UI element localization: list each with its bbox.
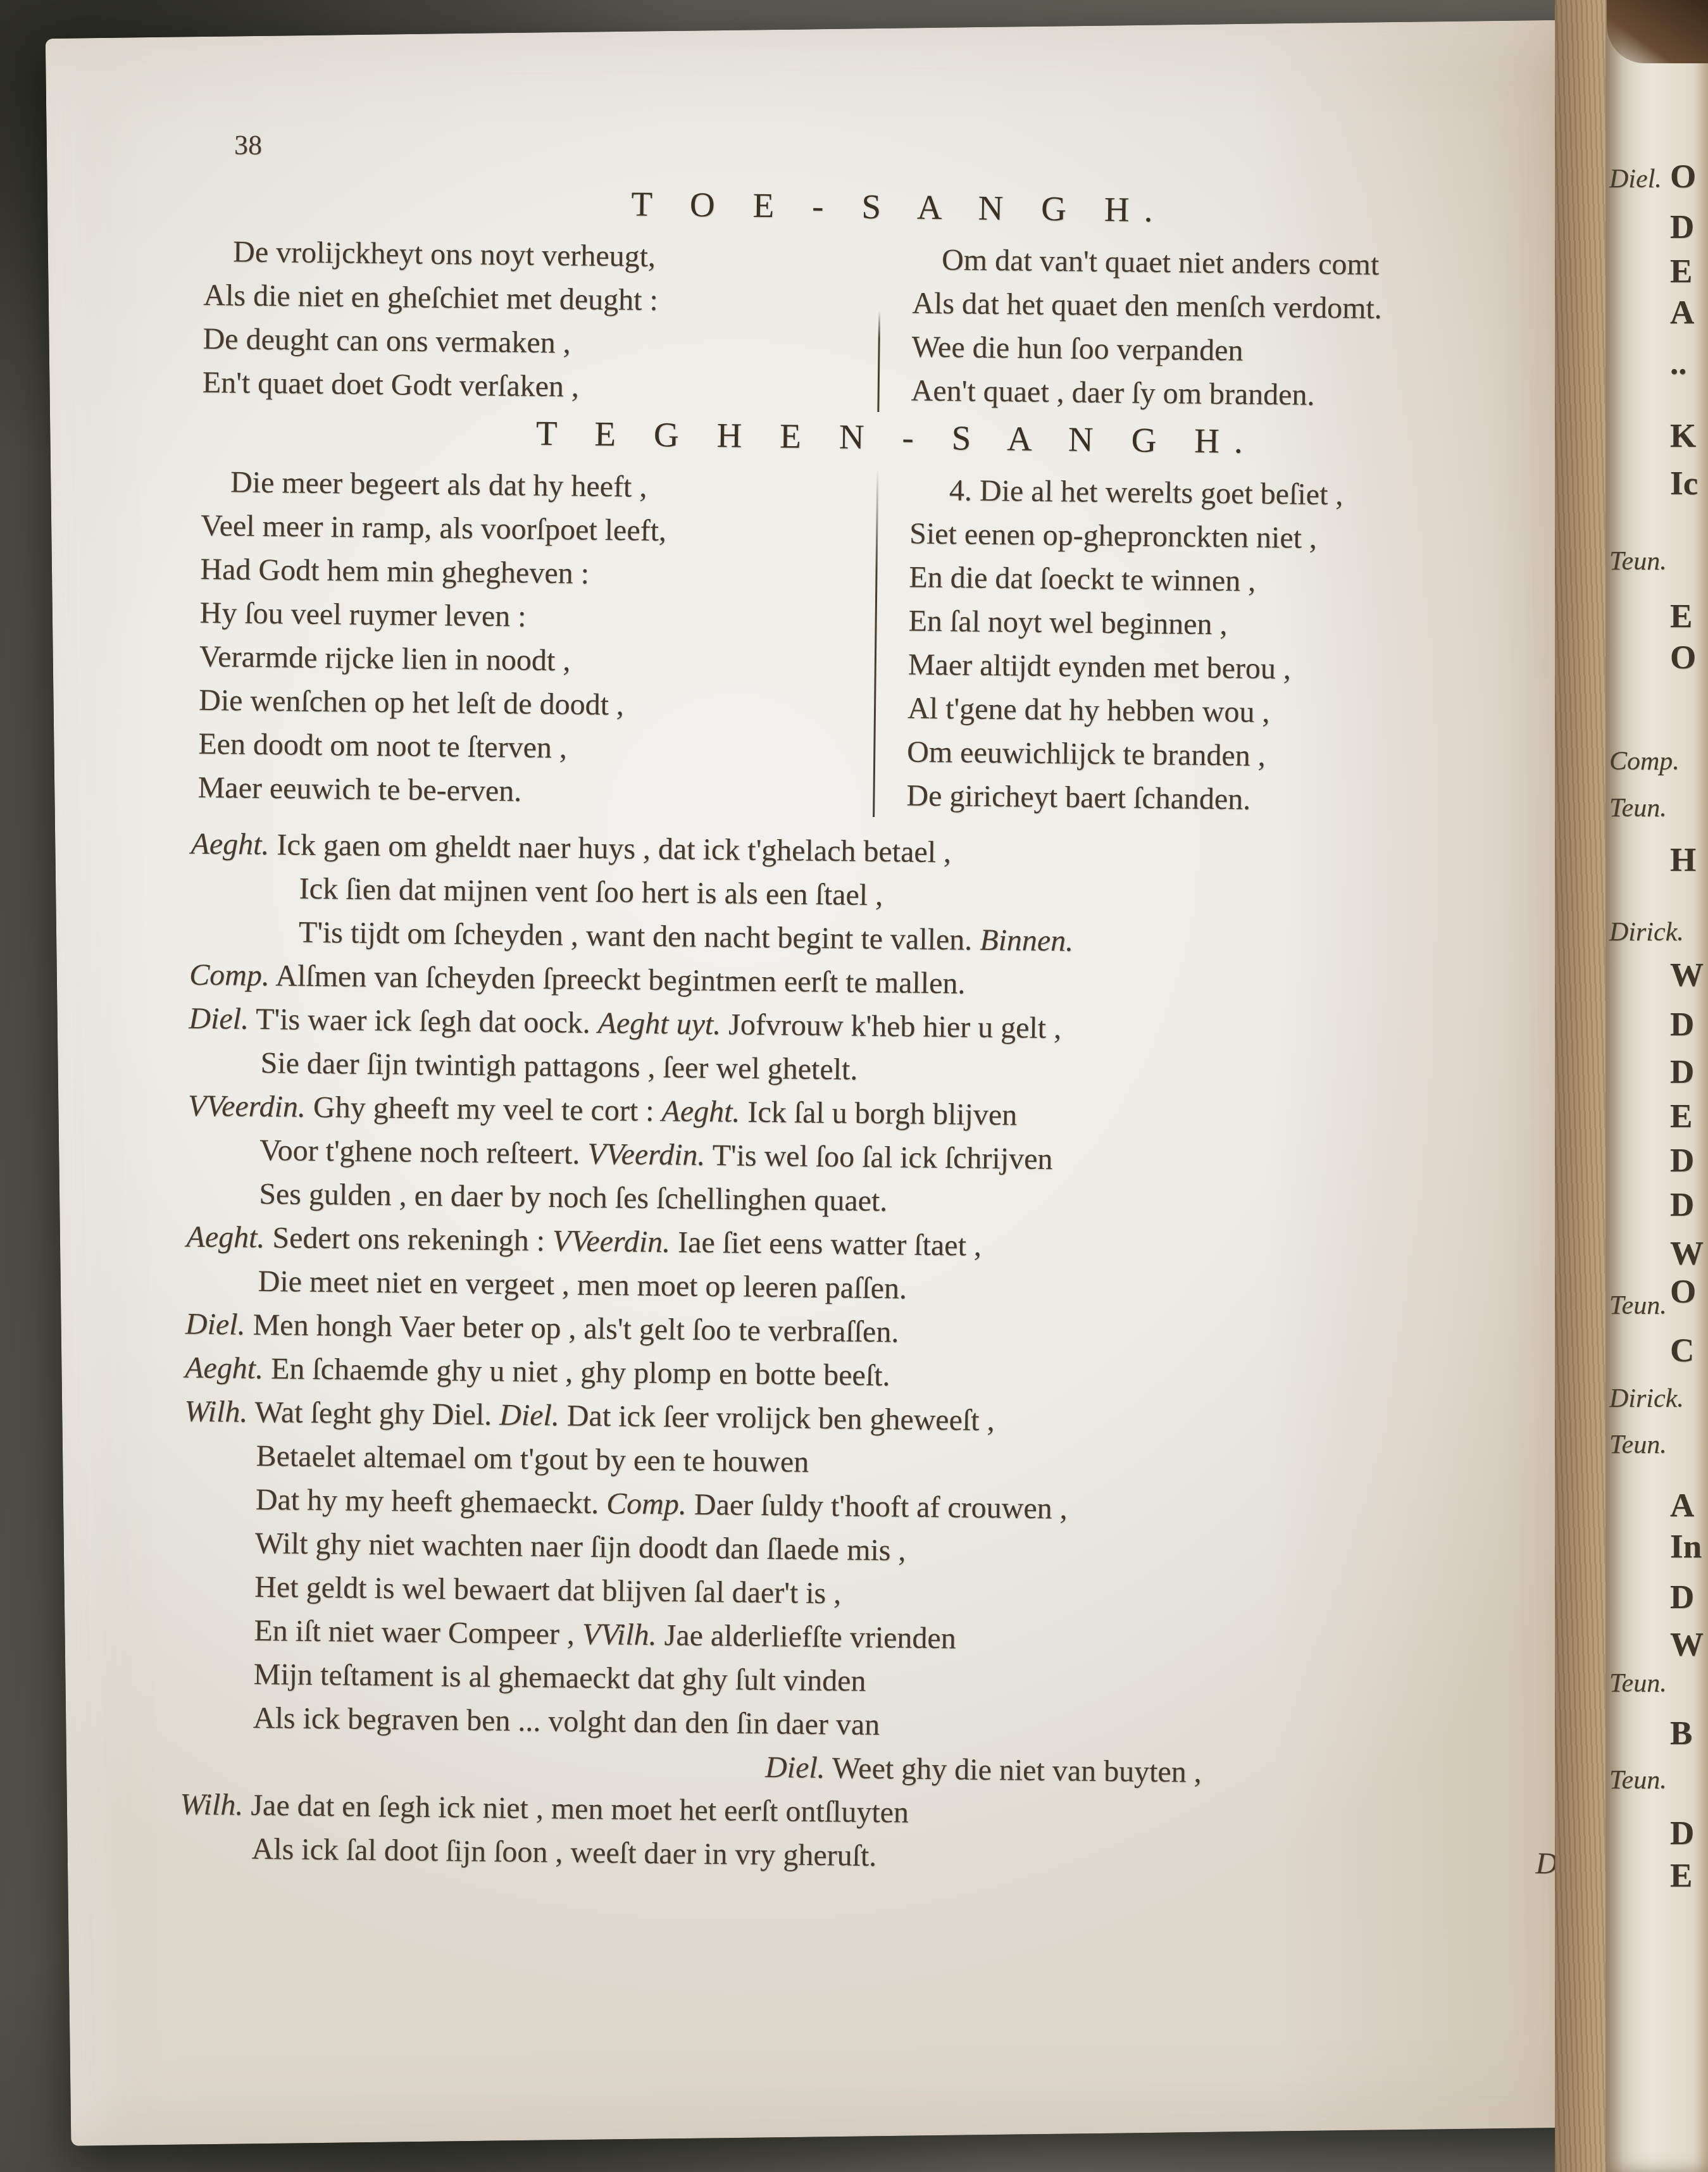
verse-line: De vrolijckheyt ons noyt verheugt, — [204, 230, 880, 281]
dialogue-text: Het geldt is wel bewaert dat blijven ſal… — [254, 1570, 842, 1611]
verse-line: Die wenſchen op het leſt de doodt , — [199, 678, 875, 730]
verse-line: Die meer begeert als dat hy heeft , — [201, 460, 877, 511]
dialogue-text: T'is tijdt om ſcheyden , want den nacht … — [299, 916, 980, 957]
margin-cut-letter: C — [1670, 1332, 1694, 1369]
dialogue-text: Wat ſeght ghy Diel. — [247, 1395, 499, 1432]
speaker-name: Diel. — [185, 1308, 246, 1342]
margin-speaker-name: Teun. — [1609, 1290, 1667, 1321]
verse-line: Hy ſou veel ruymer leven : — [199, 591, 875, 642]
dialogue-text: Ick gaen om gheldt naer huys , dat ick t… — [269, 828, 951, 869]
verse-block-teghensangh: Die meer begeert als dat hy heeft ,Veel … — [173, 459, 1615, 825]
margin-speaker-name: Teun. — [1609, 1429, 1667, 1461]
margin-cut-letter: B — [1670, 1715, 1692, 1752]
speaker-name: Binnen. — [980, 923, 1074, 958]
margin-cut-letter: In — [1670, 1528, 1702, 1565]
verse-block-toesangh: De vrolijckheyt ons noyt verheugt,Als di… — [178, 229, 1618, 420]
margin-cut-letter: Ic — [1670, 465, 1698, 502]
verse-line: En die dat ſoeckt te winnen , — [909, 556, 1580, 607]
verse-column-right: 4. Die al het werelts goet beſiet ,Siet … — [875, 468, 1581, 825]
dialogue-text: T'is waer ick ſegh dat oock. — [249, 1002, 598, 1040]
margin-cut-letter: W — [1670, 1626, 1704, 1663]
verse-line: En't quaet doet Godt verſaken , — [202, 361, 878, 412]
page-content: 38 T O E - S A N G H. De vrolijckheyt on… — [161, 125, 1619, 1886]
verse-line: Om dat van't quaet niet anders comt — [913, 238, 1584, 289]
verse-line: Om eeuwichlijck te branden , — [907, 730, 1578, 782]
verse-column-right: Om dat van't quaet niet anders comtAls d… — [879, 237, 1583, 420]
margin-cut-letter: O — [1670, 158, 1696, 195]
speaker-name: Wilh. — [184, 1395, 248, 1429]
verse-line: De deught can ons vermaken , — [203, 317, 878, 368]
speaker-name: Wilh. — [180, 1788, 244, 1822]
dialogue-text: Jae dat en ſegh ick niet , men moet het … — [243, 1788, 909, 1830]
verse-line: Aen't quaet , daer ſy om branden. — [911, 369, 1582, 420]
margin-cut-letter: D — [1670, 1006, 1694, 1043]
book-page: 38 T O E - S A N G H. De vrolijckheyt on… — [46, 20, 1617, 2146]
speaker-name: Aeght. — [190, 827, 270, 861]
verse-line: 4. Die al het werelts goet beſiet , — [910, 468, 1581, 520]
margin-cut-letter: D — [1670, 209, 1694, 246]
margin-cut-letter: E — [1670, 598, 1692, 635]
page-number: 38 — [234, 126, 1619, 180]
margin-cut-letter: O — [1670, 1273, 1696, 1310]
dialogue-text: Ick ſien dat mijnen vent ſoo hert is als… — [299, 872, 883, 912]
dialogue-text: Iae ſiet eens watter ſtaet , — [670, 1225, 982, 1263]
dialogue-text: Daer ſuldy t'hooft af crouwen , — [687, 1488, 1068, 1526]
margin-cut-letter: E — [1670, 1857, 1692, 1894]
verse-line: Had Godt hem min ghegheven : — [200, 547, 876, 599]
margin-cut-letter: D — [1670, 1142, 1694, 1179]
dialogue-text: Dat ick ſeer vrolijck ben gheweeſt , — [559, 1399, 995, 1437]
margin-cut-letter: E — [1670, 253, 1692, 290]
verse-line: Als die niet en gheſchiet met deught : — [203, 273, 879, 325]
speaker-name: Diel. — [189, 1002, 249, 1036]
margin-cut-letter: O — [1670, 639, 1696, 676]
dialogue-text: Ick ſal u borgh blijven — [740, 1095, 1017, 1132]
adjacent-page-strip: Diel.ODEA..KIcTeun.EOComp.Teun.HDirick.W… — [1605, 0, 1708, 2172]
dialogue-text: Jae alderliefſte vrienden — [656, 1618, 956, 1655]
dialogue-text: Jofvrouw k'heb hier u gelt , — [721, 1008, 1061, 1045]
speaker-name: VVeerdin. — [587, 1137, 706, 1172]
margin-speaker-name: Teun. — [1609, 546, 1667, 577]
verse-line: Verarmde rijcke lien in noodt , — [199, 635, 875, 686]
verse-line: De giricheyt baert ſchanden. — [906, 774, 1578, 825]
dialogue-text: Als ick ſal doot ſijn ſoon , weeſt daer … — [251, 1832, 876, 1873]
verse-line: En ſal noyt wel beginnen , — [908, 599, 1580, 651]
speaker-name: Comp. — [606, 1487, 687, 1521]
dialogue-text: T'is wel ſoo ſal ick ſchrijven — [705, 1139, 1053, 1176]
verse-line: Wee die hun ſoo verpanden — [911, 325, 1583, 377]
margin-cut-letter: E — [1670, 1098, 1692, 1135]
margin-cut-letter: D — [1670, 1579, 1694, 1616]
dialogue-text: En iſt niet waer Compeer , — [254, 1614, 582, 1651]
section-title-toesangh: T O E - S A N G H. — [180, 178, 1619, 235]
speaker-name: Aeght. — [186, 1220, 265, 1254]
verse-column-left: De vrolijckheyt ons noyt verheugt,Als di… — [202, 230, 879, 412]
photo-backdrop: 38 T O E - S A N G H. De vrolijckheyt on… — [0, 0, 1708, 2172]
verse-line: Een doodt om noot te ſterven , — [198, 722, 874, 773]
dialogue-text: Alſmen van ſcheyden ſpreeckt begintmen e… — [270, 959, 966, 1000]
dialogue-block: Aeght. Ick gaen om gheldt naer huys , da… — [161, 821, 1611, 1886]
speaker-name: Aeght uyt. — [597, 1006, 721, 1041]
speaker-name: Diel. — [765, 1751, 825, 1785]
speaker-name: VVilh. — [582, 1618, 657, 1652]
margin-speaker-name: Dirick. — [1609, 1383, 1684, 1414]
dialogue-text: Wilt ghy niet wachten naer ſijn doodt da… — [255, 1526, 906, 1568]
margin-speaker-name: Teun. — [1609, 792, 1667, 824]
verse-line: Al t'gene dat hy hebben wou , — [907, 687, 1579, 738]
verse-line: Maer altijdt eynden met berou , — [907, 643, 1579, 694]
margin-speaker-name: Teun. — [1609, 1668, 1667, 1699]
speaker-name: Comp. — [189, 958, 270, 992]
margin-cut-letter: W — [1670, 957, 1704, 994]
dialogue-text: Men hongh Vaer beter op , als't gelt ſoo… — [245, 1308, 899, 1349]
verse-line: Siet eenen op-ghepronckten niet , — [909, 512, 1581, 563]
speaker-name: Diel. — [499, 1398, 559, 1432]
margin-speaker-name: Diel. — [1609, 163, 1662, 195]
margin-speaker-name: Teun. — [1609, 1764, 1667, 1796]
dialogue-text: Dat hy my heeft ghemaeckt. — [256, 1483, 607, 1520]
book-cover-corner — [1607, 0, 1708, 63]
margin-speaker-name: Dirick. — [1609, 916, 1684, 948]
dialogue-text: Ses gulden , en daer by noch ſes ſchelli… — [259, 1177, 888, 1218]
margin-cut-letter: D — [1670, 1815, 1694, 1852]
dialogue-text: Als ick begraven ben ... volght dan den … — [253, 1701, 880, 1742]
speaker-name: Aeght. — [661, 1094, 740, 1128]
margin-cut-letter: K — [1670, 418, 1696, 454]
verse-line: Veel meer in ramp, als voorſpoet leeft, — [201, 504, 876, 555]
dialogue-text: Betaelet altemael om t'gout by een te ho… — [256, 1439, 809, 1479]
margin-cut-letter: D — [1670, 1054, 1694, 1090]
speaker-name: VVeerdin. — [552, 1224, 671, 1259]
margin-cut-letter: A — [1670, 294, 1694, 331]
dialogue-text: Weet ghy die niet van buyten , — [825, 1751, 1202, 1789]
margin-cut-letter: D — [1670, 1187, 1694, 1223]
verse-column-left: Die meer begeert als dat hy heeft ,Veel … — [197, 460, 876, 817]
speaker-name: VVeerdin. — [188, 1089, 306, 1124]
margin-speaker-name: Comp. — [1609, 746, 1680, 777]
margin-cut-letter: H — [1670, 842, 1696, 878]
verse-line: Maer eeuwich te be-erven. — [197, 766, 873, 817]
dialogue-text: Mijn teſtament is al ghemaeckt dat ghy ſ… — [253, 1657, 866, 1698]
speaker-name: Aeght. — [185, 1351, 264, 1385]
margin-cut-letter: A — [1670, 1487, 1694, 1524]
margin-cut-letter: W — [1670, 1235, 1704, 1272]
margin-cut-letter: .. — [1670, 345, 1687, 382]
dialogue-text: Voor t'ghene noch reſteert. — [259, 1133, 588, 1171]
dialogue-text: Sedert ons rekeningh : — [265, 1221, 552, 1258]
verse-line: Als dat het quaet den menſch verdomt. — [912, 282, 1583, 333]
book-fore-edge: Diel.ODEA..KIcTeun.EOComp.Teun.HDirick.W… — [1555, 0, 1708, 2172]
dialogue-text: Ghy gheeft my veel te cort : — [306, 1090, 662, 1128]
dialogue-text: En ſchaemde ghy u niet , ghy plomp en bo… — [263, 1352, 890, 1392]
dialogue-text: Die meet niet en vergeet , men moet op l… — [258, 1264, 907, 1306]
dialogue-text: Sie daer ſijn twintigh pattagons , ſeer … — [260, 1046, 857, 1087]
